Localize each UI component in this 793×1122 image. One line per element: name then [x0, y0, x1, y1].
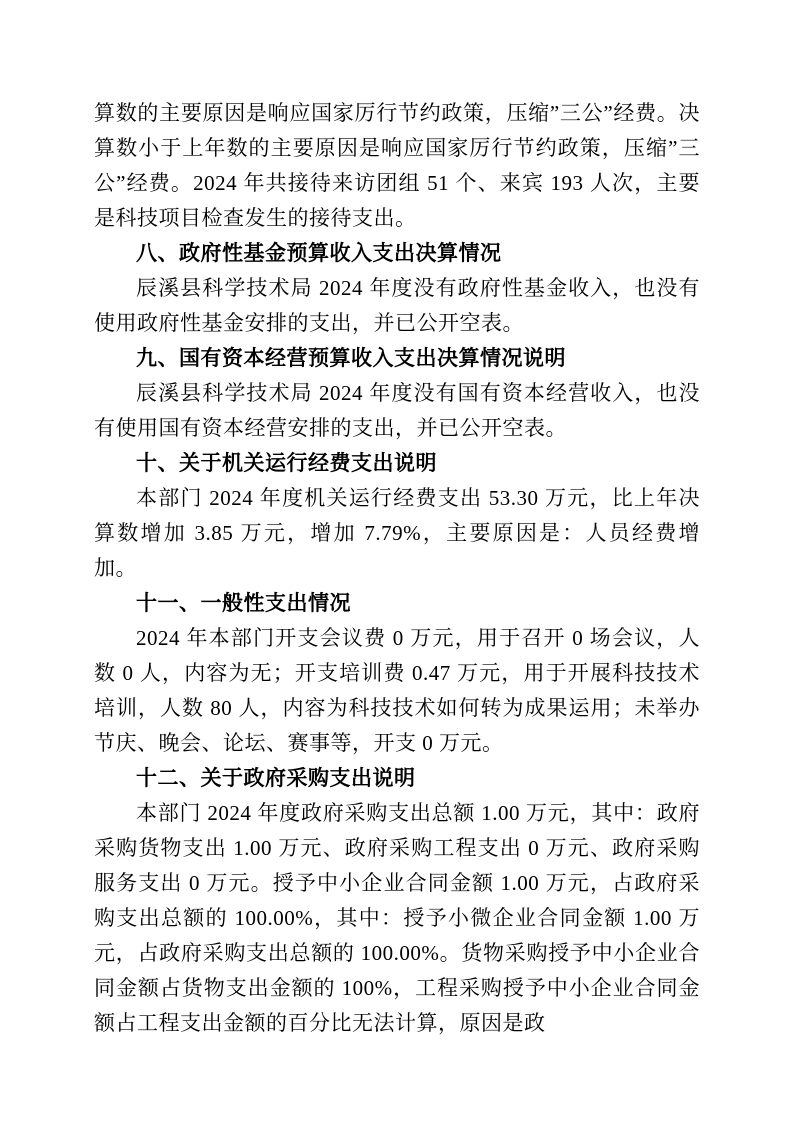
section-heading: 十、关于机关运行经费支出说明	[94, 446, 700, 481]
paragraph: 2024 年本部门开支会议费 0 万元，用于召开 0 场会议，人数 0 人，内容…	[94, 621, 700, 761]
section-heading: 十一、一般性支出情况	[94, 586, 700, 621]
document-content: 算数的主要原因是响应国家厉行节约政策，压缩”三公”经费。决算数小于上年数的主要原…	[94, 96, 700, 1041]
section-heading: 八、政府性基金预算收入支出决算情况	[94, 236, 700, 271]
paragraph: 本部门 2024 年度政府采购支出总额 1.00 万元，其中：政府采购货物支出 …	[94, 796, 700, 1041]
paragraph: 本部门 2024 年度机关运行经费支出 53.30 万元，比上年决算数增加 3.…	[94, 481, 700, 586]
paragraph: 辰溪县科学技术局 2024 年度没有政府性基金收入，也没有使用政府性基金安排的支…	[94, 271, 700, 341]
section-heading: 十二、关于政府采购支出说明	[94, 761, 700, 796]
paragraph: 算数的主要原因是响应国家厉行节约政策，压缩”三公”经费。决算数小于上年数的主要原…	[94, 96, 700, 236]
section-heading: 九、国有资本经营预算收入支出决算情况说明	[94, 341, 700, 376]
paragraph: 辰溪县科学技术局 2024 年度没有国有资本经营收入，也没有使用国有资本经营安排…	[94, 376, 700, 446]
document-page: 算数的主要原因是响应国家厉行节约政策，压缩”三公”经费。决算数小于上年数的主要原…	[0, 0, 793, 1122]
